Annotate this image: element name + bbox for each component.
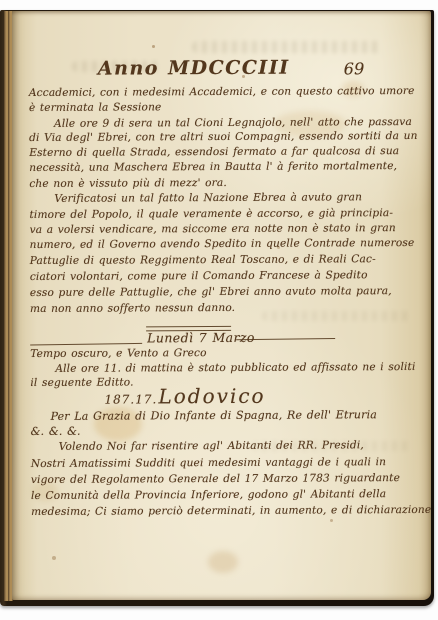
- manuscript-line: Esterno di quella Strada, essendosi ferm…: [29, 145, 399, 159]
- manuscript-line: ma non anno sofferto nessun danno.: [30, 302, 235, 315]
- manuscript-line: Nostri Amatissimi Sudditi quei medesimi …: [31, 456, 386, 470]
- handwritten-text-layer: Anno MDCCCIII 69 Accademici, con i medes…: [0, 0, 438, 620]
- manuscript-line: è terminata la Sessione: [29, 101, 162, 114]
- manuscript-line: numero, ed il Governo avendo Spedito in …: [30, 237, 415, 251]
- manuscript-line: Alle ore 11. di mattina è stato pubblica…: [55, 361, 415, 375]
- manuscript-line: necessità, una Maschera Ebrea in Bautta …: [29, 160, 397, 174]
- date-divider-rule-left: [30, 343, 142, 346]
- manuscript-line: va a volersi vendicare, ma siccome era n…: [30, 222, 396, 236]
- manuscript-line: di Via degl' Ebrei, con tre altri suoi C…: [29, 130, 418, 144]
- manuscript-line: il seguente Editto.: [30, 376, 133, 389]
- manuscript-photo: Anno MDCCCIII 69 Accademici, con i medes…: [0, 0, 438, 620]
- page-number: 69: [344, 59, 365, 78]
- manuscript-line: ciatori volontari, come pure il Comando …: [30, 269, 368, 283]
- manuscript-line: vigore del Regolamento Generale del 17 M…: [31, 472, 400, 486]
- date-divider-label: Lunedì 7 Marzo: [147, 330, 255, 346]
- manuscript-line: timore del Popolo, il quale veramente è …: [29, 207, 393, 221]
- manuscript-line: che non è vissuto più di mezz' ora.: [29, 177, 227, 190]
- manuscript-line: Volendo Noi far risentire agl' Abitanti …: [59, 439, 364, 453]
- weather-line: Tempo oscuro, e Vento a Greco: [30, 347, 206, 360]
- edict-subtitle: &. &. &.: [31, 425, 81, 438]
- manuscript-line: Alle ore 9 di sera un tal Cioni Legnajol…: [54, 116, 412, 130]
- manuscript-line: medesima; Ci siamo perciò determinati, i…: [31, 504, 431, 518]
- edict-subtitle: Per La Grazia di Dio Infante di Spagna, …: [51, 408, 377, 423]
- edict-name: Lodovico: [158, 384, 265, 409]
- edict-number: 187.17.: [104, 392, 157, 406]
- date-divider-rule-right: [236, 338, 335, 340]
- manuscript-line: Verificatosi un tal fatto la Nazione Ebr…: [54, 191, 362, 205]
- page-heading-year: Anno MDCCCIII: [29, 56, 359, 80]
- manuscript-line: Accademici, con i medesimi Accademici, e…: [29, 85, 415, 99]
- manuscript-line: le Comunità della Provincia Inferiore, g…: [31, 488, 386, 502]
- manuscript-line: esso pure delle Pattuglie, che gl' Ebrei…: [30, 285, 392, 299]
- manuscript-line: Pattuglie di questo Reggimento Real Tosc…: [30, 253, 376, 267]
